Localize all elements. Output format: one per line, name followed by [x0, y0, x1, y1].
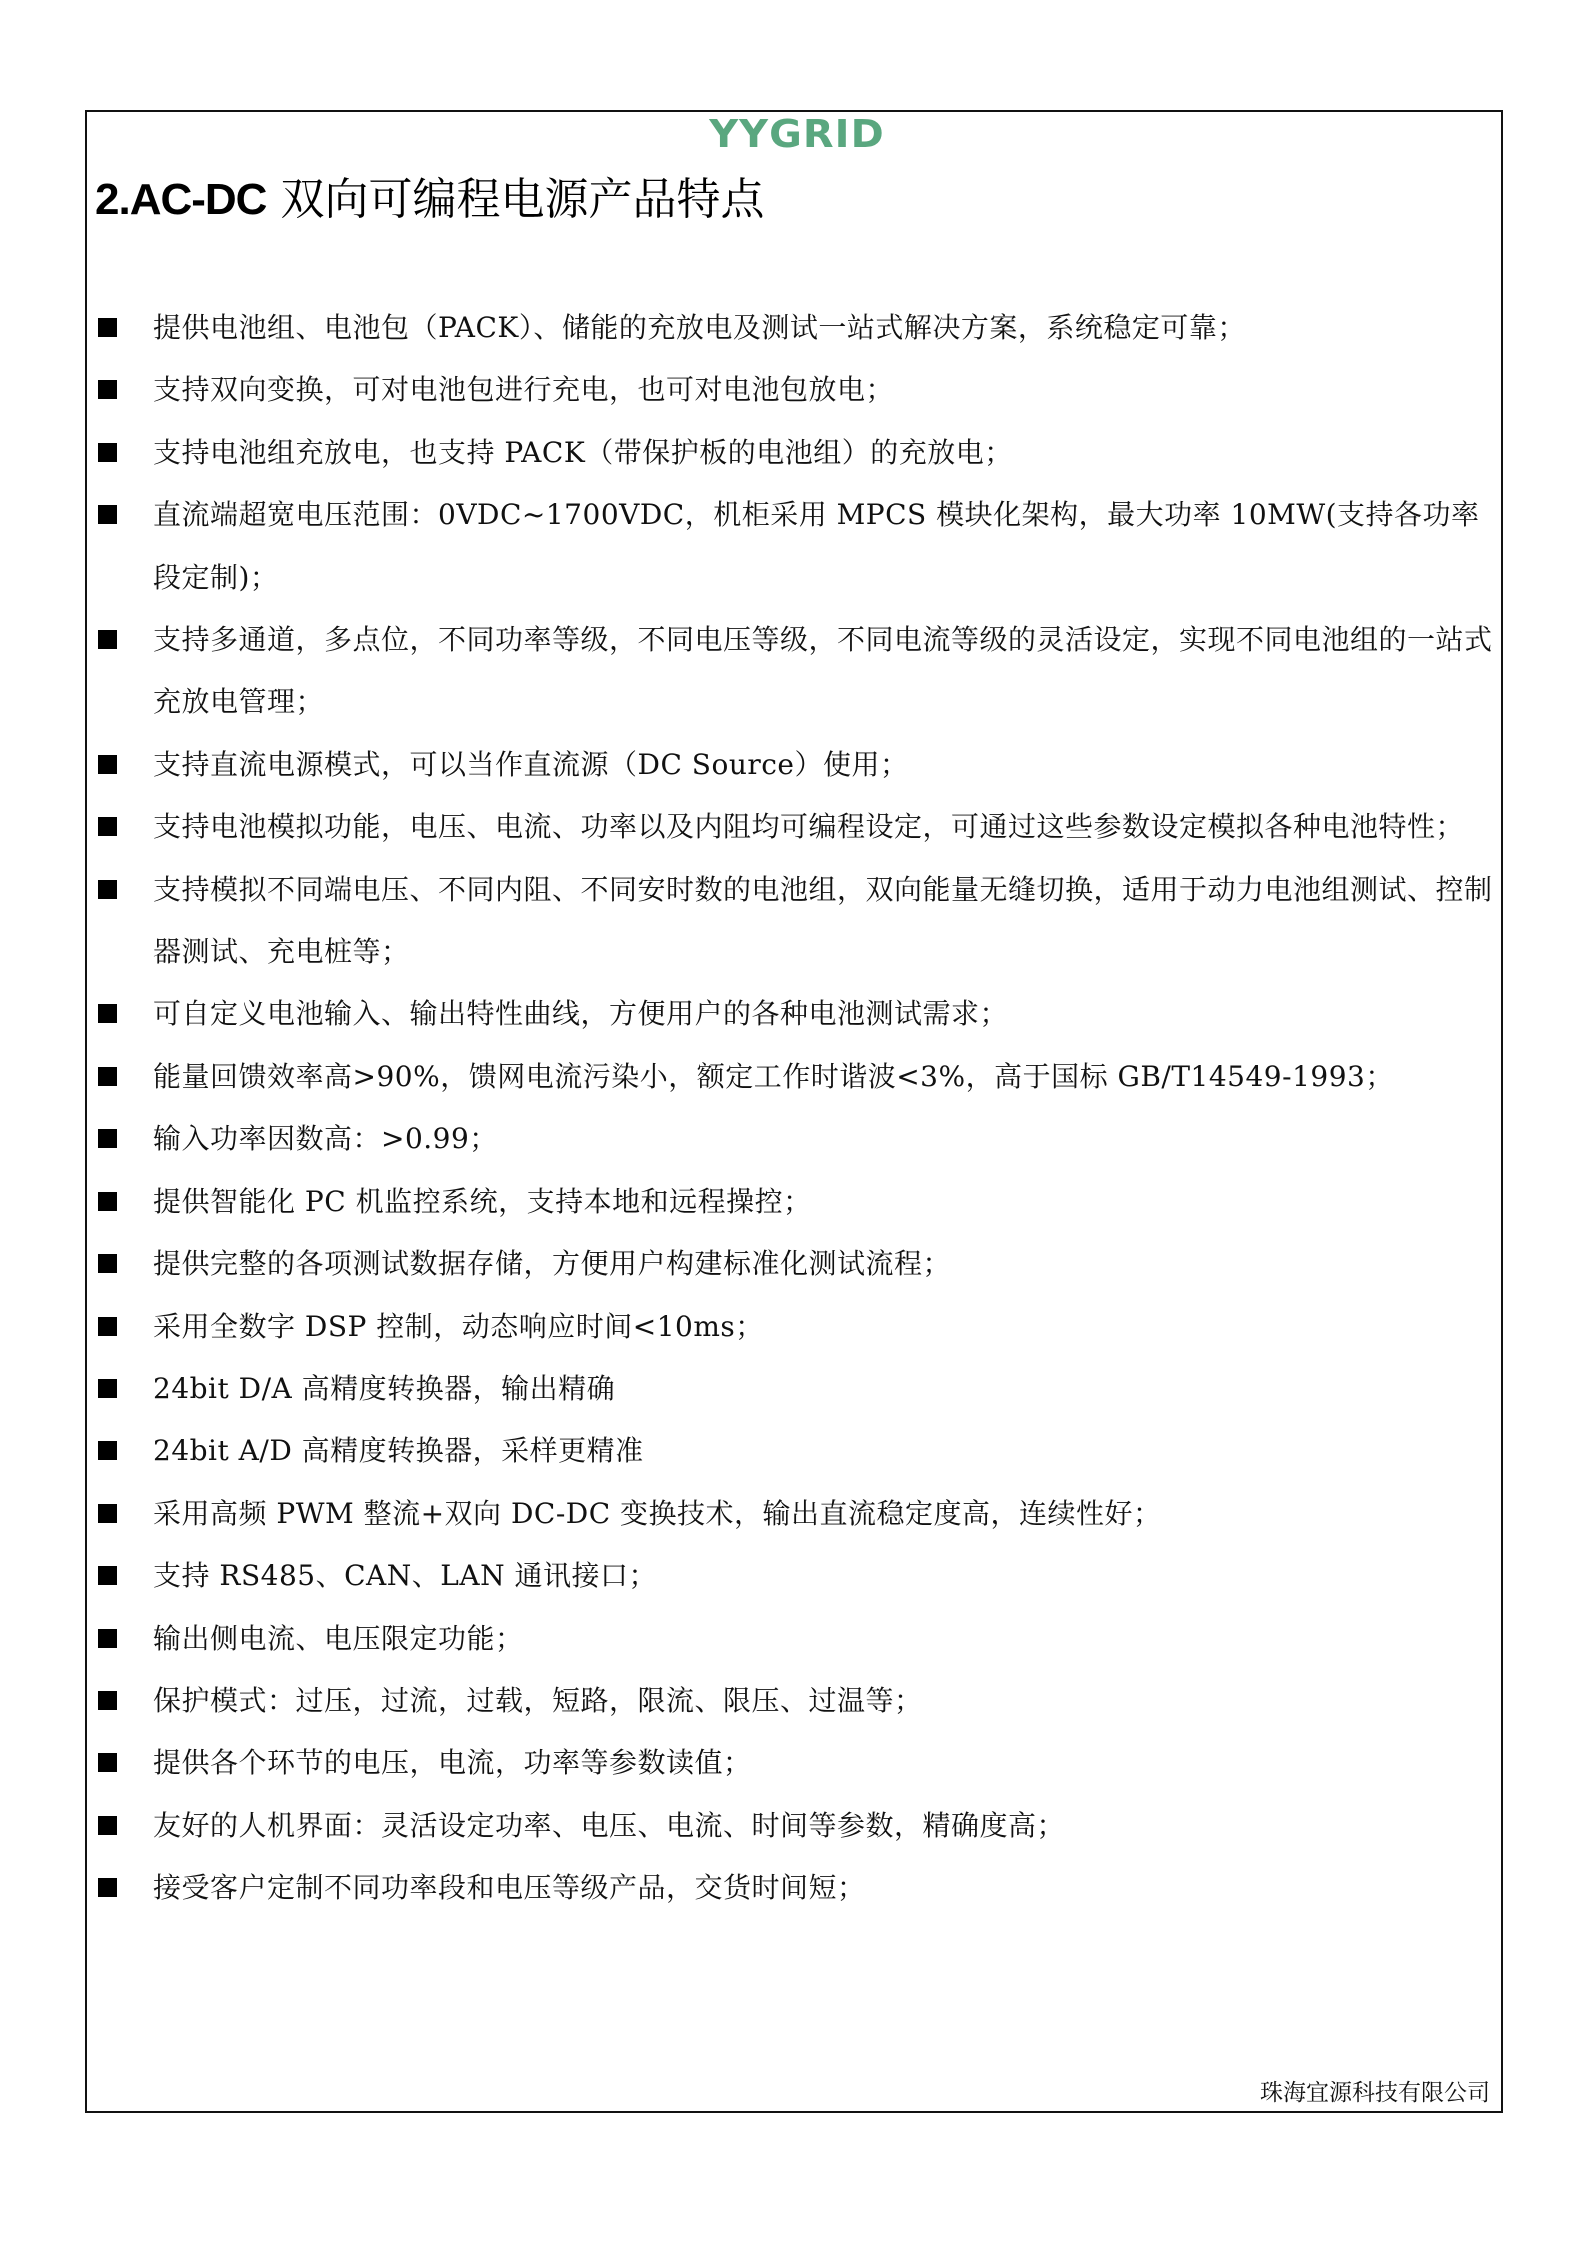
feature-item: 支持电池模拟功能，电压、电流、功率以及内阻均可编程设定，可通过这些参数设定模拟各… [96, 796, 1496, 858]
feature-item: 输出侧电流、电压限定功能； [96, 1608, 1496, 1670]
feature-text: 提供电池组、电池包（PACK）、储能的充放电及测试一站式解决方案，系统稳定可靠； [153, 297, 1496, 359]
square-bullet-icon [98, 630, 117, 649]
feature-item: 24bit A/D 高精度转换器，采样更精准 [96, 1420, 1496, 1482]
company-footer: 珠海宜源科技有限公司 [1250, 2074, 1490, 2107]
square-bullet-icon [98, 505, 117, 524]
feature-text: 提供完整的各项测试数据存储，方便用户构建标准化测试流程； [153, 1233, 1496, 1295]
square-bullet-icon [98, 1379, 117, 1398]
feature-item: 直流端超宽电压范围：0VDC~1700VDC，机柜采用 MPCS 模块化架构，最… [96, 484, 1496, 609]
feature-text: 采用全数字 DSP 控制，动态响应时间<10ms； [153, 1296, 1496, 1358]
feature-item: 支持双向变换，可对电池包进行充电，也可对电池包放电； [96, 359, 1496, 421]
feature-item: 支持直流电源模式，可以当作直流源（DC Source）使用； [96, 734, 1496, 796]
feature-item: 支持模拟不同端电压、不同内阻、不同安时数的电池组，双向能量无缝切换，适用于动力电… [96, 859, 1496, 984]
square-bullet-icon [98, 1317, 117, 1336]
feature-text: 可自定义电池输入、输出特性曲线，方便用户的各种电池测试需求； [153, 983, 1496, 1045]
square-bullet-icon [98, 755, 117, 774]
square-bullet-icon [98, 1629, 117, 1648]
feature-item: 支持 RS485、CAN、LAN 通讯接口； [96, 1545, 1496, 1607]
square-bullet-icon [98, 1129, 117, 1148]
feature-item: 接受客户定制不同功率段和电压等级产品，交货时间短； [96, 1857, 1496, 1919]
square-bullet-icon [98, 1192, 117, 1211]
square-bullet-icon [98, 380, 117, 399]
feature-item: 24bit D/A 高精度转换器，输出精确 [96, 1358, 1496, 1420]
feature-item: 支持电池组充放电，也支持 PACK（带保护板的电池组）的充放电； [96, 422, 1496, 484]
feature-text: 支持电池模拟功能，电压、电流、功率以及内阻均可编程设定，可通过这些参数设定模拟各… [153, 796, 1496, 858]
square-bullet-icon [98, 1441, 117, 1460]
feature-text: 支持 RS485、CAN、LAN 通讯接口； [153, 1545, 1496, 1607]
square-bullet-icon [98, 1691, 117, 1710]
square-bullet-icon [98, 1566, 117, 1585]
company-logo: YYGRID [699, 114, 894, 154]
feature-text: 24bit D/A 高精度转换器，输出精确 [153, 1358, 1496, 1420]
feature-text: 支持双向变换，可对电池包进行充电，也可对电池包放电； [153, 359, 1496, 421]
feature-item: 友好的人机界面：灵活设定功率、电压、电流、时间等参数，精确度高； [96, 1795, 1496, 1857]
feature-text: 支持模拟不同端电压、不同内阻、不同安时数的电池组，双向能量无缝切换，适用于动力电… [153, 859, 1496, 984]
square-bullet-icon [98, 1254, 117, 1273]
square-bullet-icon [98, 1753, 117, 1772]
feature-text: 保护模式：过压，过流，过载，短路，限流、限压、过温等； [153, 1670, 1496, 1732]
feature-text: 支持电池组充放电，也支持 PACK（带保护板的电池组）的充放电； [153, 422, 1496, 484]
square-bullet-icon [98, 1004, 117, 1023]
square-bullet-icon [98, 318, 117, 337]
feature-item: 保护模式：过压，过流，过载，短路，限流、限压、过温等； [96, 1670, 1496, 1732]
feature-item: 提供智能化 PC 机监控系统，支持本地和远程操控； [96, 1171, 1496, 1233]
square-bullet-icon [98, 1504, 117, 1523]
feature-text: 支持直流电源模式，可以当作直流源（DC Source）使用； [153, 734, 1496, 796]
feature-text: 支持多通道，多点位，不同功率等级，不同电压等级，不同电流等级的灵活设定，实现不同… [153, 609, 1496, 734]
feature-item: 提供电池组、电池包（PACK）、储能的充放电及测试一站式解决方案，系统稳定可靠； [96, 297, 1496, 359]
feature-text: 采用高频 PWM 整流+双向 DC-DC 变换技术，输出直流稳定度高，连续性好； [153, 1483, 1496, 1545]
feature-item: 输入功率因数高：>0.99； [96, 1108, 1496, 1170]
square-bullet-icon [98, 880, 117, 899]
title-text: 双向可编程电源产品特点 [280, 174, 764, 225]
feature-text: 直流端超宽电压范围：0VDC~1700VDC，机柜采用 MPCS 模块化架构，最… [153, 484, 1496, 609]
feature-text: 提供各个环节的电压，电流，功率等参数读值； [153, 1732, 1496, 1794]
feature-item: 支持多通道，多点位，不同功率等级，不同电压等级，不同电流等级的灵活设定，实现不同… [96, 609, 1496, 734]
feature-item: 采用高频 PWM 整流+双向 DC-DC 变换技术，输出直流稳定度高，连续性好； [96, 1483, 1496, 1545]
page-title: 2.AC-DC 双向可编程电源产品特点 [95, 168, 764, 232]
square-bullet-icon [98, 1816, 117, 1835]
feature-text: 输出侧电流、电压限定功能； [153, 1608, 1496, 1670]
feature-text: 24bit A/D 高精度转换器，采样更精准 [153, 1420, 1496, 1482]
square-bullet-icon [98, 1878, 117, 1897]
feature-item: 可自定义电池输入、输出特性曲线，方便用户的各种电池测试需求； [96, 983, 1496, 1045]
feature-item: 提供完整的各项测试数据存储，方便用户构建标准化测试流程； [96, 1233, 1496, 1295]
feature-item: 能量回馈效率高>90%，馈网电流污染小，额定工作时谐波<3%，高于国标 GB/T… [96, 1046, 1496, 1108]
feature-text: 提供智能化 PC 机监控系统，支持本地和远程操控； [153, 1171, 1496, 1233]
square-bullet-icon [98, 1067, 117, 1086]
square-bullet-icon [98, 817, 117, 836]
feature-list: 提供电池组、电池包（PACK）、储能的充放电及测试一站式解决方案，系统稳定可靠；… [96, 297, 1496, 1920]
feature-item: 提供各个环节的电压，电流，功率等参数读值； [96, 1732, 1496, 1794]
title-prefix: 2.AC-DC [95, 175, 266, 224]
feature-text: 接受客户定制不同功率段和电压等级产品，交货时间短； [153, 1857, 1496, 1919]
feature-text: 能量回馈效率高>90%，馈网电流污染小，额定工作时谐波<3%，高于国标 GB/T… [153, 1046, 1496, 1108]
feature-item: 采用全数字 DSP 控制，动态响应时间<10ms； [96, 1296, 1496, 1358]
square-bullet-icon [98, 443, 117, 462]
feature-text: 友好的人机界面：灵活设定功率、电压、电流、时间等参数，精确度高； [153, 1795, 1496, 1857]
feature-text: 输入功率因数高：>0.99； [153, 1108, 1496, 1170]
